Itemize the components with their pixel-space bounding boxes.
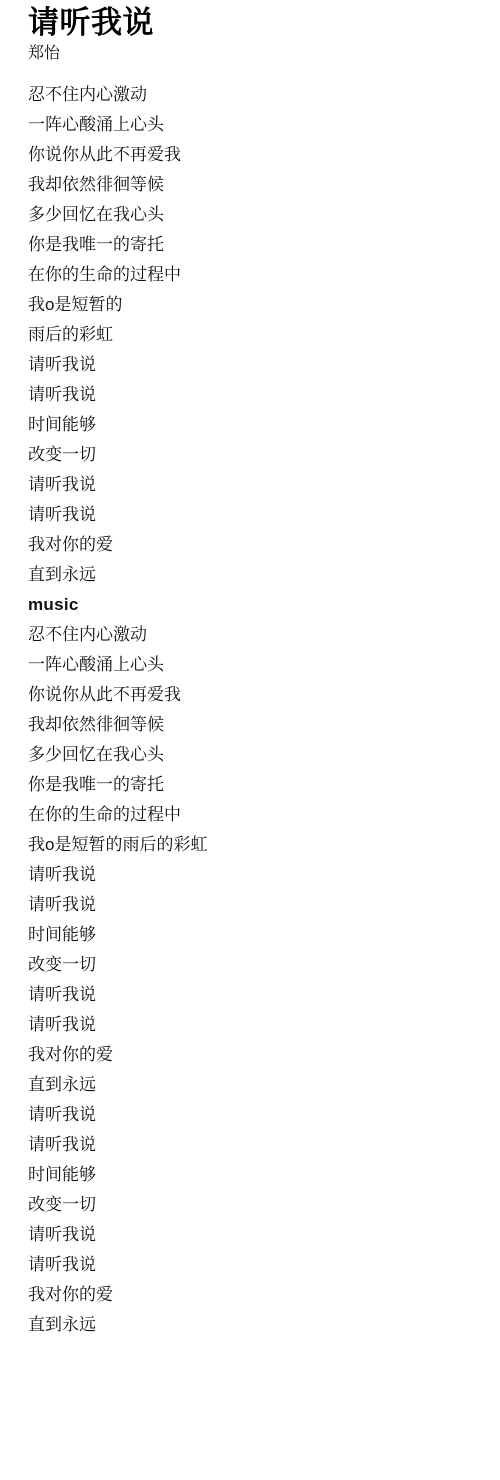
- lyric-line: 请听我说: [28, 350, 490, 380]
- lyric-line: 请听我说: [28, 890, 490, 920]
- lyric-line: 你说你从此不再爱我: [28, 140, 490, 170]
- lyric-line: 我却依然徘徊等候: [28, 170, 490, 200]
- lyric-line: 忍不住内心激动: [28, 620, 490, 650]
- lyric-line: 直到永远: [28, 1310, 490, 1340]
- lyric-line: 改变一切: [28, 950, 490, 980]
- song-title: 请听我说: [28, 4, 490, 42]
- lyric-line: 你说你从此不再爱我: [28, 680, 490, 710]
- lyric-line: 请听我说: [28, 980, 490, 1010]
- lyric-line: 多少回忆在我心头: [28, 200, 490, 230]
- lyric-line: 时间能够: [28, 1160, 490, 1190]
- lyric-line: 请听我说: [28, 1220, 490, 1250]
- lyric-line: 一阵心酸涌上心头: [28, 110, 490, 140]
- lyric-line: 请听我说: [28, 860, 490, 890]
- lyric-line: 请听我说: [28, 1250, 490, 1280]
- lyric-line: 我对你的爱: [28, 1280, 490, 1310]
- lyric-line: 忍不住内心激动: [28, 80, 490, 110]
- lyric-line: 你是我唯一的寄托: [28, 230, 490, 260]
- lyric-line: 我对你的爱: [28, 1040, 490, 1070]
- lyric-line: 请听我说: [28, 1130, 490, 1160]
- lyric-line: 一阵心酸涌上心头: [28, 650, 490, 680]
- lyric-line: 请听我说: [28, 1010, 490, 1040]
- lyric-line: 我o是短暂的雨后的彩虹: [28, 830, 490, 860]
- lyric-line: 我对你的爱: [28, 530, 490, 560]
- lyrics-page: 请听我说 郑怡 忍不住内心激动一阵心酸涌上心头你说你从此不再爱我我却依然徘徊等候…: [0, 0, 500, 1340]
- lyric-line: 直到永远: [28, 560, 490, 590]
- lyric-line: 雨后的彩虹: [28, 320, 490, 350]
- lyric-line: 时间能够: [28, 410, 490, 440]
- lyric-line: 我却依然徘徊等候: [28, 710, 490, 740]
- lyric-line: 改变一切: [28, 440, 490, 470]
- lyric-line: 请听我说: [28, 500, 490, 530]
- lyric-line: music: [28, 590, 490, 620]
- lyric-line: 请听我说: [28, 380, 490, 410]
- lyric-line: 请听我说: [28, 1100, 490, 1130]
- lyric-line: 你是我唯一的寄托: [28, 770, 490, 800]
- lyric-line: 多少回忆在我心头: [28, 740, 490, 770]
- lyrics-body: 忍不住内心激动一阵心酸涌上心头你说你从此不再爱我我却依然徘徊等候多少回忆在我心头…: [28, 80, 490, 1340]
- lyric-line: 时间能够: [28, 920, 490, 950]
- lyric-line: 在你的生命的过程中: [28, 800, 490, 830]
- lyric-line: 请听我说: [28, 470, 490, 500]
- artist-name: 郑怡: [28, 44, 490, 64]
- lyric-line: 我o是短暂的: [28, 290, 490, 320]
- lyric-line: 在你的生命的过程中: [28, 260, 490, 290]
- lyric-line: 直到永远: [28, 1070, 490, 1100]
- lyric-line: 改变一切: [28, 1190, 490, 1220]
